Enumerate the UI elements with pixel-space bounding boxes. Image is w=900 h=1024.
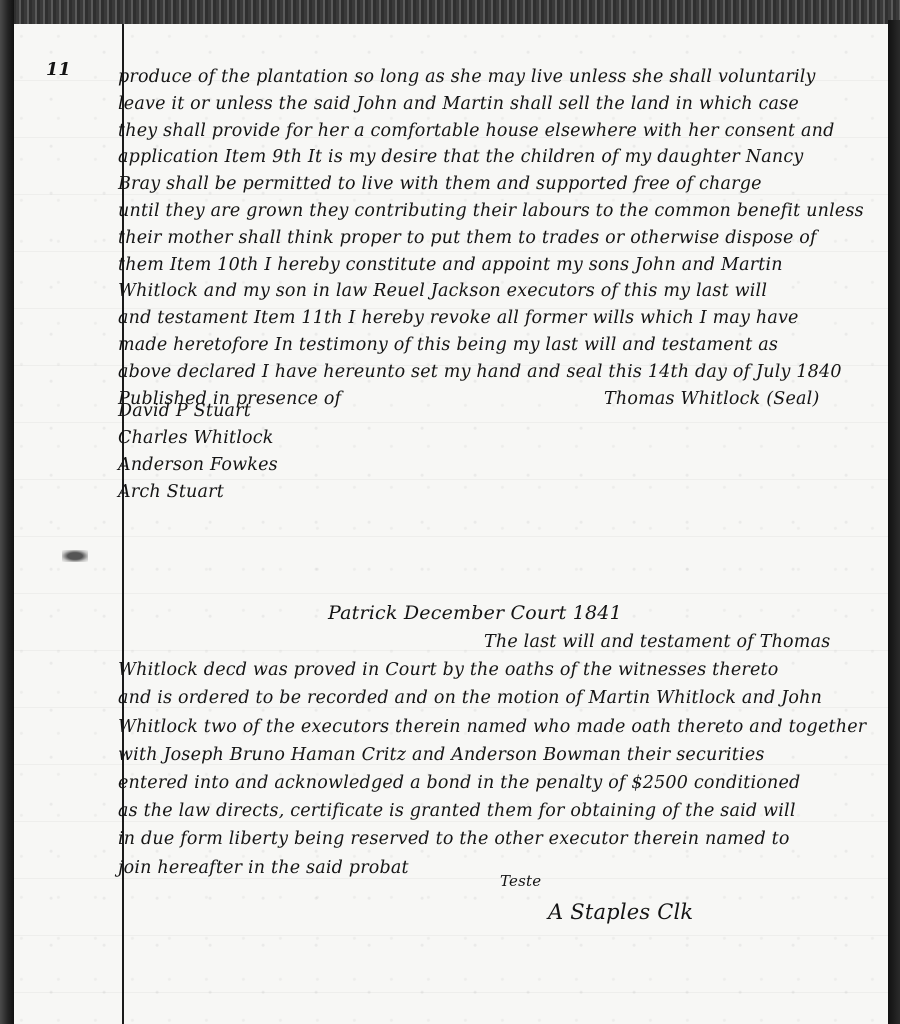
court-line: as the law directs, certificate is grant… (118, 797, 858, 825)
will-line: they shall provide for her a comfortable… (118, 118, 858, 145)
court-line: join hereafter in the said probat (118, 854, 858, 882)
will-line: above declared I have hereunto set my ha… (118, 359, 858, 386)
court-record-text: The last will and testament of Thomas Wh… (118, 628, 858, 882)
will-line: leave it or unless the said John and Mar… (118, 91, 858, 118)
will-line: produce of the plantation so long as she… (118, 64, 858, 91)
witness-list: David P Stuart Charles Whitlock Anderson… (118, 398, 278, 506)
scanned-document: 11 produce of the plantation so long as … (0, 0, 900, 1024)
will-line: until they are grown they contributing t… (118, 198, 858, 225)
will-line: made heretofore In testimony of this bei… (118, 332, 858, 359)
will-line: them Item 10th I hereby constitute and a… (118, 252, 858, 279)
witness-name: Charles Whitlock (118, 425, 278, 452)
court-line: in due form liberty being reserved to th… (118, 825, 858, 853)
page-number: 11 (46, 60, 71, 80)
will-line: application Item 9th It is my desire tha… (118, 144, 858, 171)
clerk-signature: A Staples Clk (548, 900, 693, 924)
court-line: and is ordered to be recorded and on the… (118, 684, 858, 712)
court-line: Whitlock decd was proved in Court by the… (118, 656, 858, 684)
will-text: produce of the plantation so long as she… (118, 64, 858, 412)
scan-left-edge (0, 0, 14, 1024)
witness-name: Anderson Fowkes (118, 452, 278, 479)
court-line: with Joseph Bruno Haman Critz and Anders… (118, 741, 858, 769)
scan-right-edge (888, 20, 900, 1024)
court-line: entered into and acknowledged a bond in … (118, 769, 858, 797)
will-line: Bray shall be permitted to live with the… (118, 171, 858, 198)
court-line: Whitlock two of the executors therein na… (118, 713, 858, 741)
will-line: and testament Item 11th I hereby revoke … (118, 305, 858, 332)
court-line: The last will and testament of Thomas (118, 628, 858, 656)
scan-top-edge (0, 0, 900, 24)
witness-name: Arch Stuart (118, 479, 278, 506)
witness-name: David P Stuart (118, 398, 278, 425)
will-line: their mother shall think proper to put t… (118, 225, 858, 252)
testator-signature: Thomas Whitlock (Seal) (604, 386, 819, 413)
court-heading: Patrick December Court 1841 (328, 602, 622, 624)
ink-smudge (62, 550, 88, 562)
will-line: Whitlock and my son in law Reuel Jackson… (118, 278, 858, 305)
teste-label: Teste (500, 872, 541, 890)
